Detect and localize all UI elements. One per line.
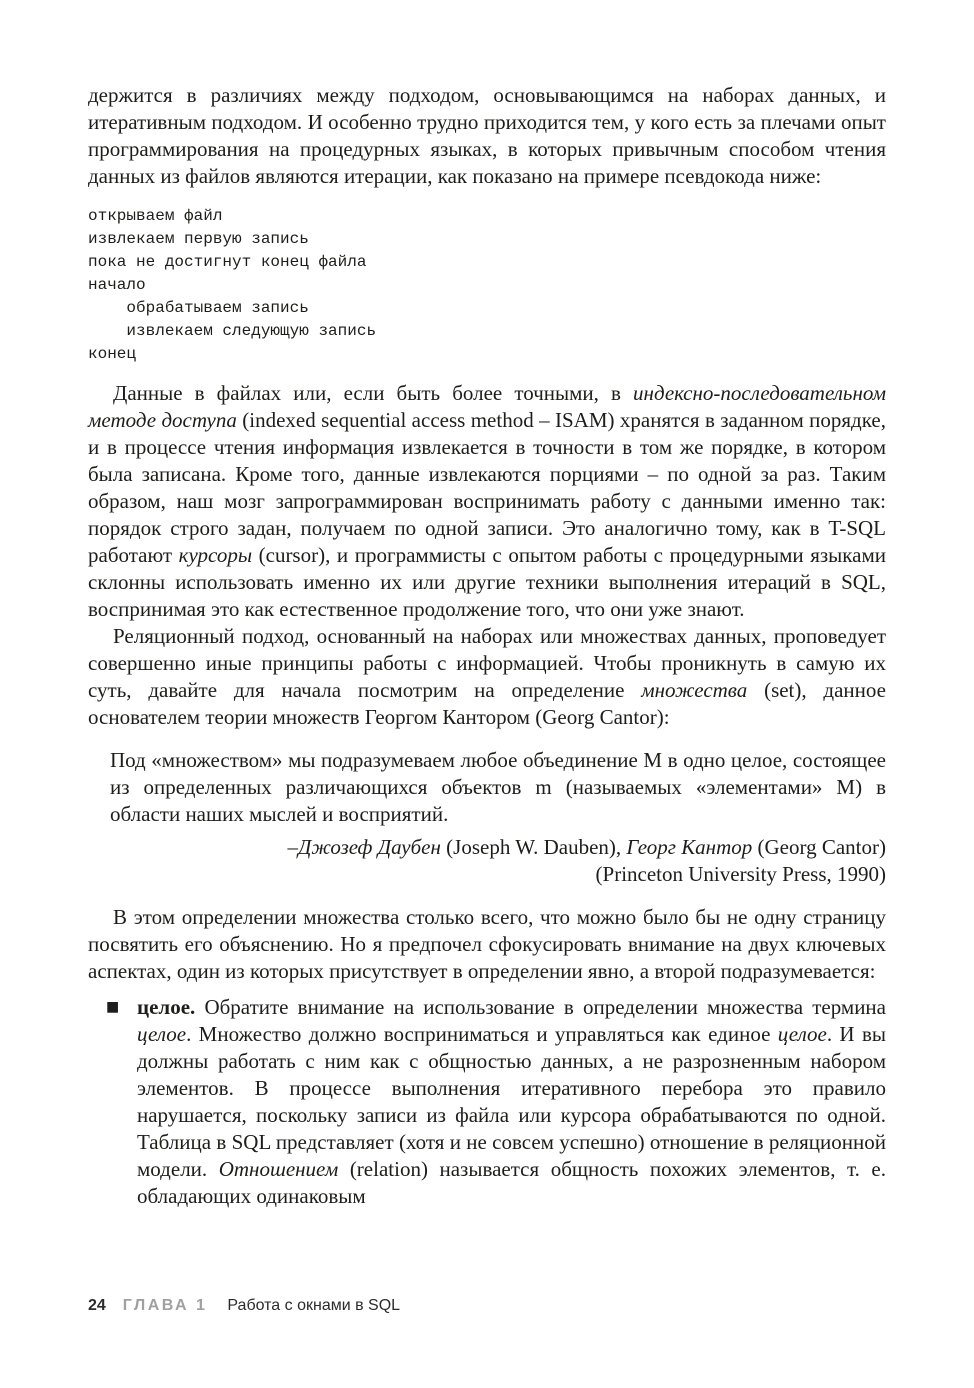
text-segment: держится в различиях между подходом, осн…: [88, 83, 886, 188]
text-segment: целое.: [137, 995, 195, 1019]
text-segment: (Joseph W. Dauben),: [441, 835, 626, 859]
text-segment: (Princeton University Press, 1990): [596, 862, 886, 886]
text-segment: –: [287, 835, 298, 859]
page-footer: 24 ГЛАВА 1 Работа с окнами в SQL: [88, 1296, 886, 1316]
text-segment: Данные в файлах или, если быть более точ…: [113, 381, 633, 405]
text-segment: В этом определении множества столько все…: [88, 905, 886, 983]
paragraph: Данные в файлах или, если быть более точ…: [88, 380, 886, 623]
paragraph: держится в различиях между подходом, осн…: [88, 82, 886, 190]
text-segment: Отношением: [219, 1157, 339, 1181]
bullet-square-icon: ■: [106, 994, 137, 1210]
paragraph: Реляционный подход, основанный на набора…: [88, 623, 886, 731]
quote-block: Под «множеством» мы подразумеваем любое …: [110, 747, 886, 888]
quote-attribution: (Princeton University Press, 1990): [110, 861, 886, 888]
text-segment: множества: [641, 678, 747, 702]
chapter-title: Работа с окнами в SQL: [227, 1296, 400, 1316]
text-segment: (Georg Cantor): [752, 835, 886, 859]
quote-text: Под «множеством» мы подразумеваем любое …: [110, 747, 886, 828]
text-segment: Георг Кантор: [626, 835, 752, 859]
chapter-label: ГЛАВА 1: [123, 1296, 208, 1316]
page-content: держится в различиях между подходом, осн…: [88, 82, 886, 1210]
text-segment: целое: [137, 1022, 186, 1046]
quote-attribution: –Джозеф Даубен (Joseph W. Dauben), Георг…: [110, 834, 886, 861]
bullet-item: ■целое. Обратите внимание на использован…: [106, 994, 886, 1210]
text-segment: Джозеф Даубен: [298, 835, 441, 859]
text-segment: целое: [778, 1022, 827, 1046]
bullet-text: целое. Обратите внимание на использовани…: [137, 994, 886, 1210]
text-segment: . Множество должно восприниматься и упра…: [186, 1022, 778, 1046]
paragraph: В этом определении множества столько все…: [88, 904, 886, 985]
page-number: 24: [88, 1296, 106, 1316]
text-segment: Под «множеством» мы подразумеваем любое …: [110, 748, 886, 826]
text-segment: Обратите внимание на использование в опр…: [195, 995, 886, 1019]
book-page: держится в различиях между подходом, осн…: [0, 0, 974, 1388]
pseudocode-block: открываем файл извлекаем первую запись п…: [88, 205, 886, 366]
text-segment: курсоры: [179, 543, 252, 567]
